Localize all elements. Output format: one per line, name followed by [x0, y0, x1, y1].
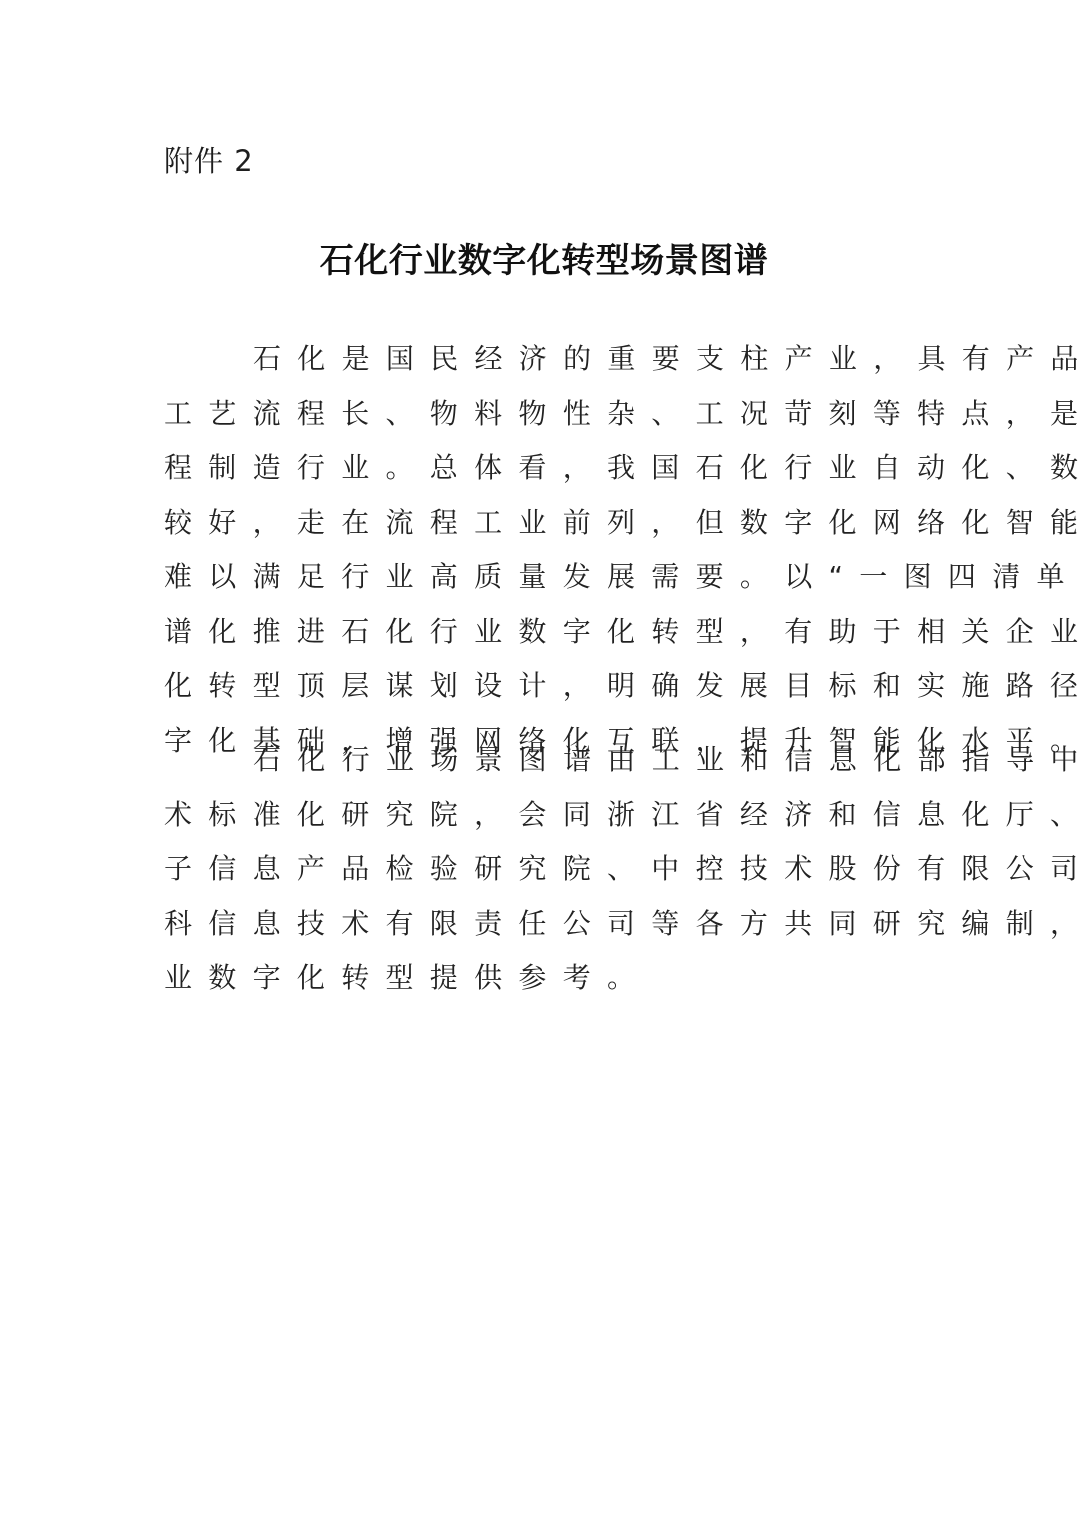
paragraph-line: 谱化推进石化行业数字化转型，有助于相关企业加强数字 [164, 605, 934, 660]
paragraph-line: 工艺流程长、物料物性杂、工况苛刻等特点，是典型的流 [164, 387, 934, 442]
attachment-label: 附件 2 [164, 142, 254, 180]
paragraph-line: 化转型顶层谋划设计，明确发展目标和实施路径、打牢数 [164, 659, 934, 714]
paragraph-line: 难以满足行业高质量发展需要。以“一图四清单”场景化图 [164, 550, 934, 605]
paragraph-line: 较好，走在流程工业前列，但数字化网络化智能化水平仍 [164, 496, 934, 551]
paragraph-line: 石化是国民经济的重要支柱产业，具有产品种类多、 [164, 332, 934, 387]
paragraph-line: 石化行业场景图谱由工业和信息化部指导中国电子技 [164, 733, 934, 788]
paragraph-intro: 石化是国民经济的重要支柱产业，具有产品种类多、 工艺流程长、物料物性杂、工况苛刻… [164, 332, 934, 768]
document-title: 石化行业数字化转型场景图谱 [0, 238, 1080, 284]
paragraph-line: 子信息产品检验研究院、中控技术股份有限公司、石化盈 [164, 842, 934, 897]
document-page: 附件 2 石化行业数字化转型场景图谱 石化是国民经济的重要支柱产业，具有产品种类… [0, 0, 1080, 1527]
paragraph-line: 术标准化研究院，会同浙江省经济和信息化厅、浙江省电 [164, 788, 934, 843]
paragraph-line: 业数字化转型提供参考。 [164, 951, 934, 1006]
paragraph-line: 科信息技术有限责任公司等各方共同研究编制，为石化行 [164, 897, 934, 952]
paragraph-authors: 石化行业场景图谱由工业和信息化部指导中国电子技 术标准化研究院，会同浙江省经济和… [164, 733, 934, 1006]
paragraph-line: 程制造行业。总体看，我国石化行业自动化、数字化基础 [164, 441, 934, 496]
